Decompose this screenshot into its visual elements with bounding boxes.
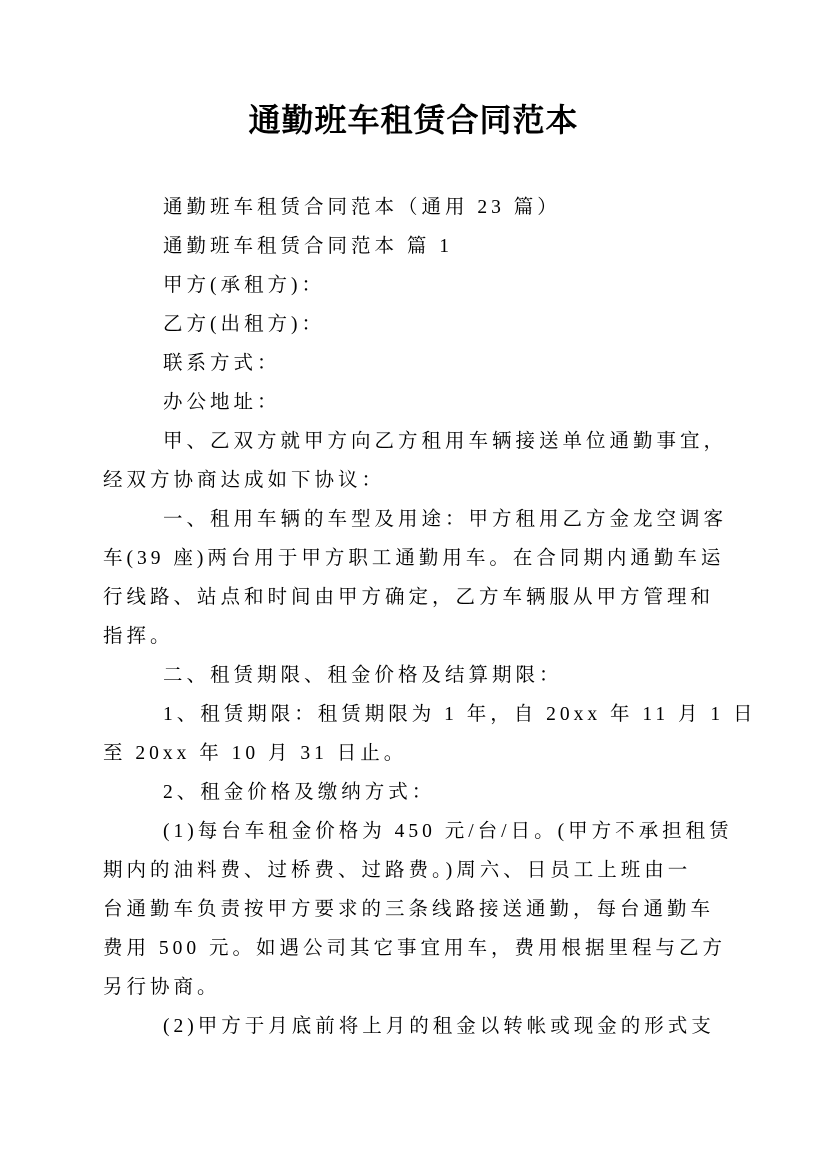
document-line: 二、租赁期限、租金价格及结算期限： <box>103 656 721 695</box>
document-line: 车(39 座)两台用于甲方职工通勤用车。在合同期内通勤车运 <box>103 539 721 578</box>
document-line: 通勤班车租赁合同范本 篇 1 <box>103 227 721 266</box>
document-line: (1)每台车租金价格为 450 元/台/日。(甲方不承担租赁 <box>103 812 721 851</box>
document-line: 甲方(承租方)： <box>103 266 721 305</box>
document-line: (2)甲方于月底前将上月的租金以转帐或现金的形式支 <box>103 1007 721 1046</box>
document-line: 经双方协商达成如下协议： <box>103 461 721 500</box>
document-line: 行线路、站点和时间由甲方确定，乙方车辆服从甲方管理和 <box>103 578 721 617</box>
document-line: 甲、乙双方就甲方向乙方租用车辆接送单位通勤事宜， <box>103 422 721 461</box>
document-line: 1、租赁期限：租赁期限为 1 年，自 20xx 年 11 月 1 日 <box>103 695 721 734</box>
document-line: 另行协商。 <box>103 968 721 1007</box>
document-title: 通勤班车租赁合同范本 <box>0 0 827 142</box>
document-page: 通勤班车租赁合同范本 通勤班车租赁合同范本（通用 23 篇）通勤班车租赁合同范本… <box>0 0 827 1170</box>
document-line: 乙方(出租方)： <box>103 305 721 344</box>
document-line: 台通勤车负责按甲方要求的三条线路接送通勤，每台通勤车 <box>103 890 721 929</box>
document-body: 通勤班车租赁合同范本（通用 23 篇）通勤班车租赁合同范本 篇 1甲方(承租方)… <box>103 188 721 1046</box>
document-line: 费用 500 元。如遇公司其它事宜用车，费用根据里程与乙方 <box>103 929 721 968</box>
document-line: 至 20xx 年 10 月 31 日止。 <box>103 734 721 773</box>
document-line: 联系方式： <box>103 344 721 383</box>
document-line: 期内的油料费、过桥费、过路费。)周六、日员工上班由一 <box>103 851 721 890</box>
document-line: 2、租金价格及缴纳方式： <box>103 773 721 812</box>
document-line: 通勤班车租赁合同范本（通用 23 篇） <box>103 188 721 227</box>
document-line: 指挥。 <box>103 617 721 656</box>
document-line: 一、租用车辆的车型及用途：甲方租用乙方金龙空调客 <box>103 500 721 539</box>
document-line: 办公地址： <box>103 383 721 422</box>
